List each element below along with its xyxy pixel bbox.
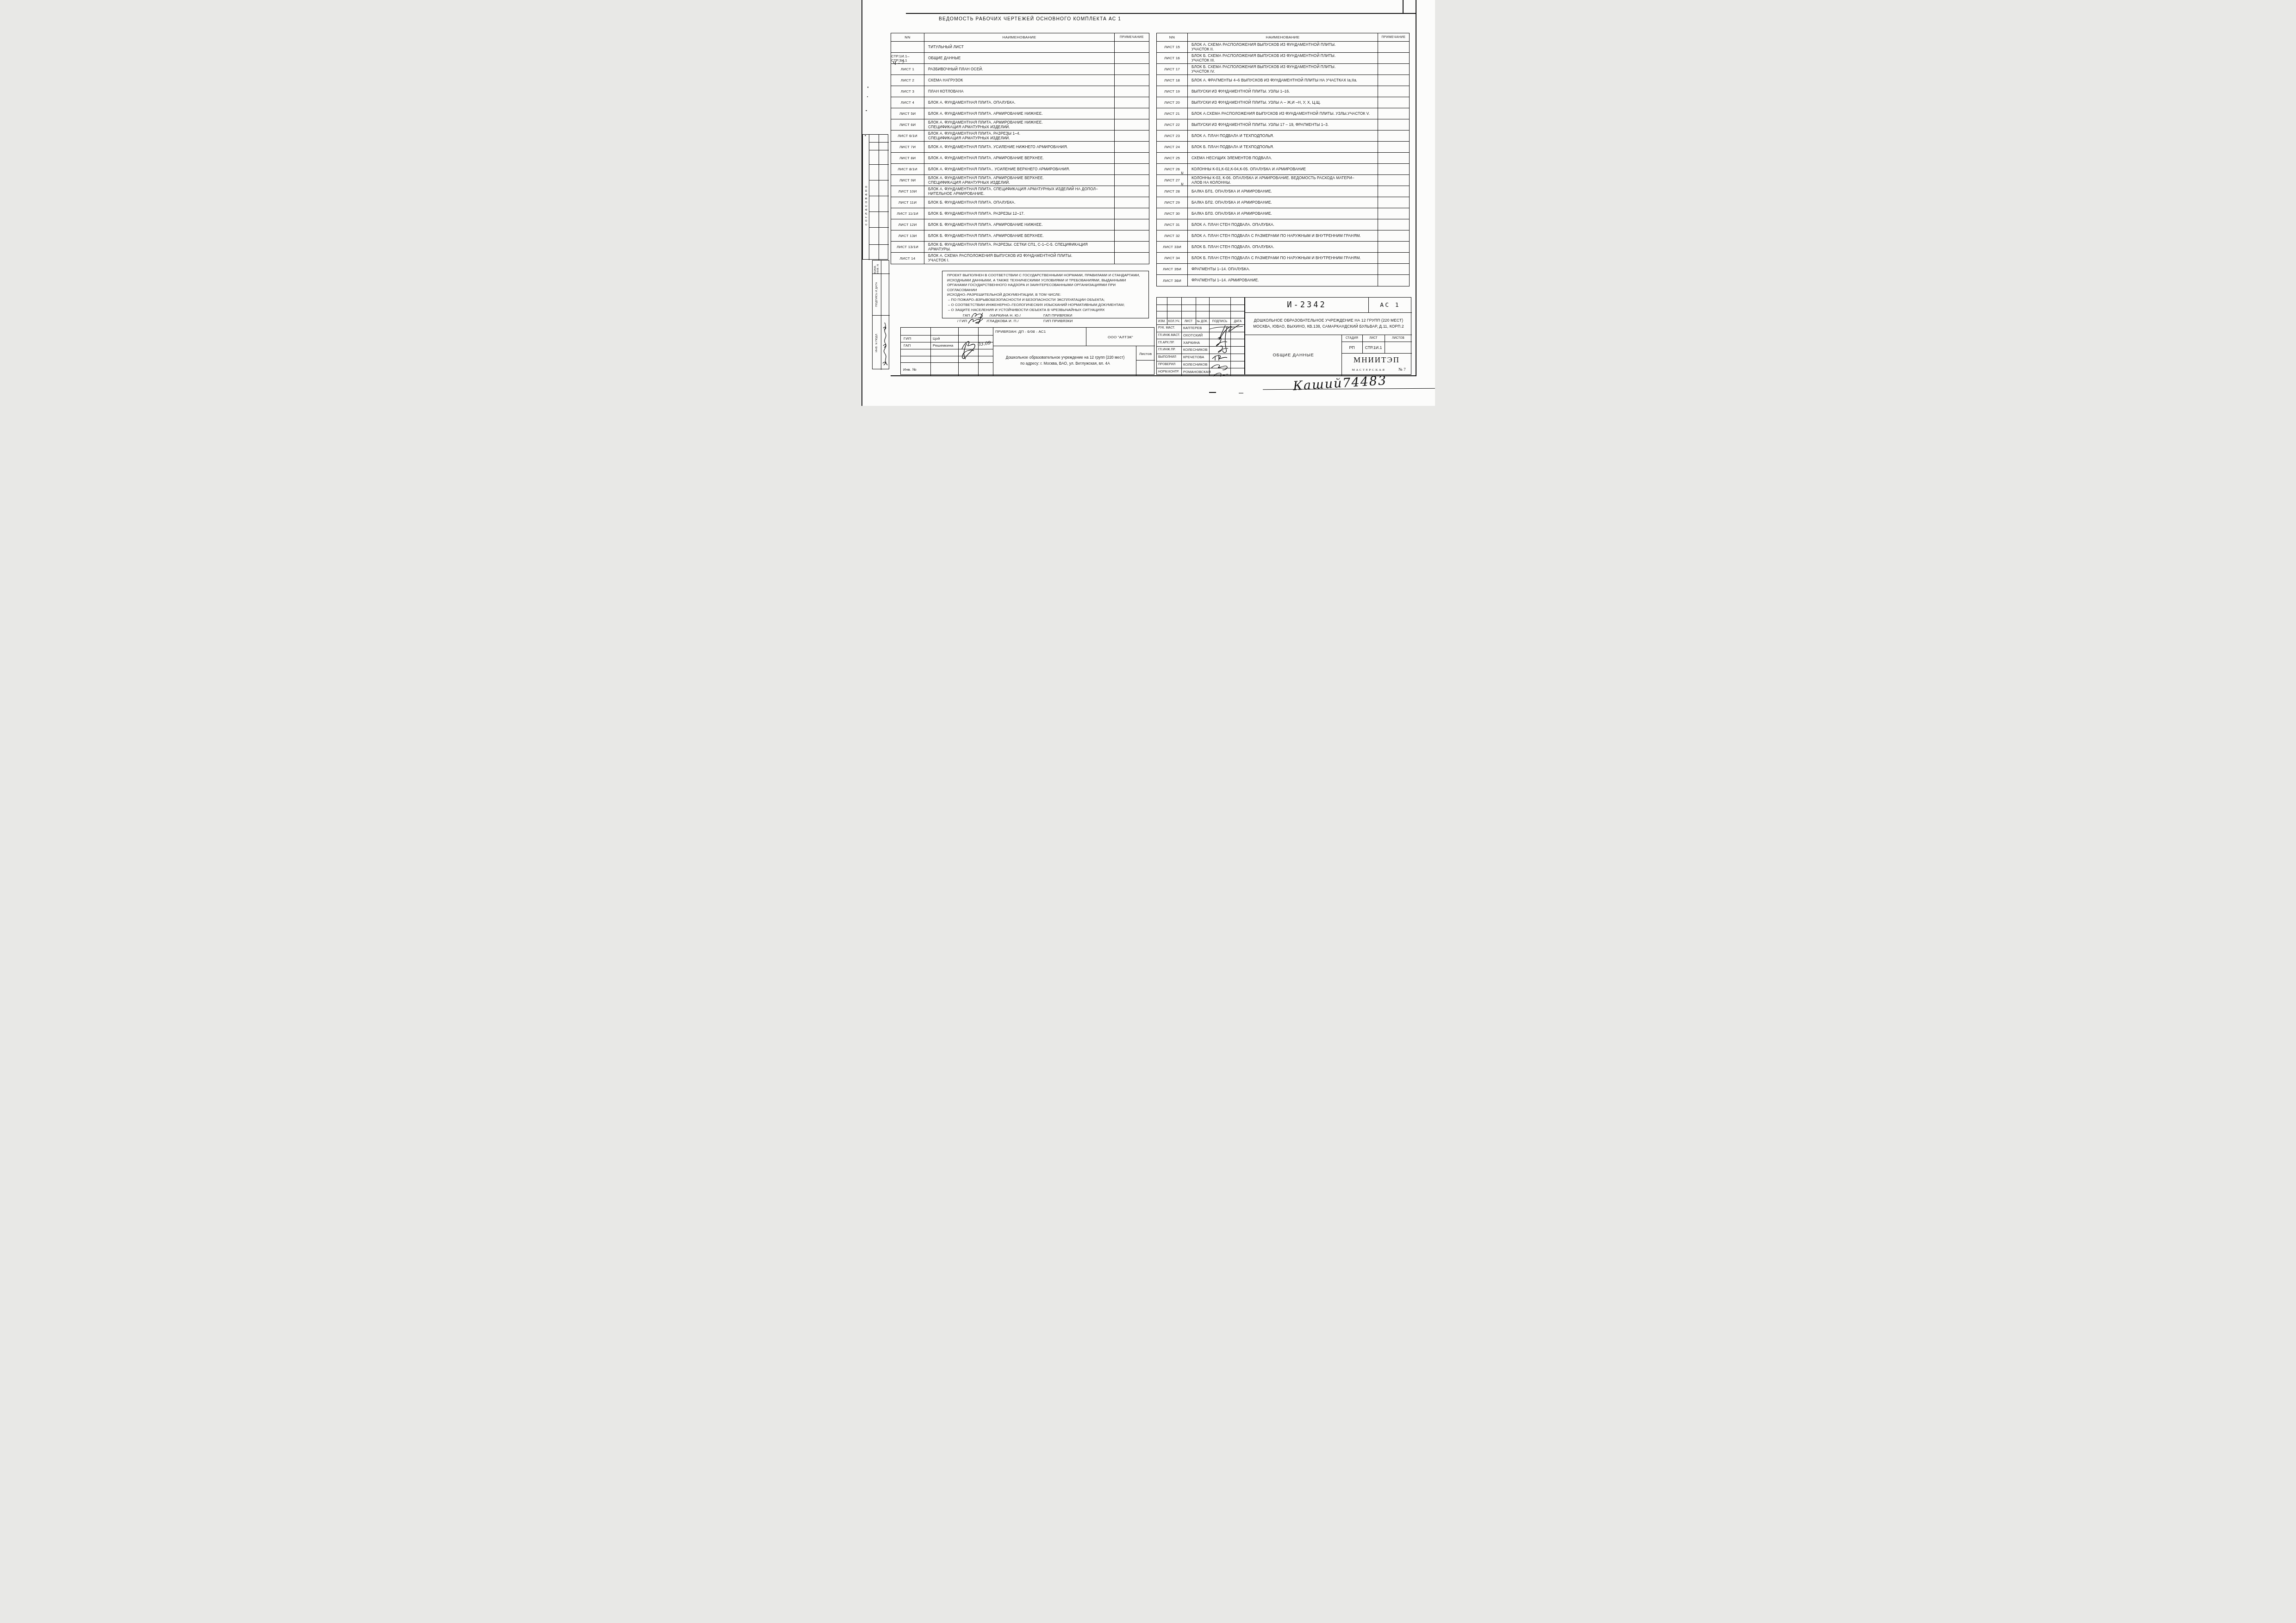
sheets-total-label: ЛИСТОВ bbox=[1385, 335, 1412, 342]
column-header-name: НАИМЕНОВАНИЕ bbox=[924, 33, 1115, 41]
drawing-title: ВЫПУСКИ ИЗ ФУНДАМЕНТНОЙ ПЛИТЫ. УЗЛЫ 17 –… bbox=[1188, 119, 1378, 130]
title-block-revision-section: ИЗМ. КОЛ.УЧ. ЛИСТ № ДОК. ПОДПИСЬ ДАТА РУ… bbox=[1156, 297, 1245, 375]
gip-name: Цой bbox=[930, 335, 958, 342]
column-header-note: ПРИМЕЧАНИЕ bbox=[1115, 33, 1149, 41]
note-cell bbox=[1378, 108, 1409, 119]
stage-label: СТАДИЯ bbox=[1341, 335, 1362, 342]
sheet-number: ЛИСТ 35И bbox=[1163, 267, 1181, 271]
drawing-title: ТИТУЛЬНЫЙ ЛИСТ bbox=[924, 42, 1115, 52]
title-block-main-section: И-2342 АС 1 ДОШКОЛЬНОЕ ОБРАЗОВАТЕЛЬНОЕ У… bbox=[1245, 297, 1411, 375]
drawing-title: БЛОК А. СХЕМА РАСПОЛОЖЕНИЯ ВЫПУСКОВ ИЗ Ф… bbox=[924, 253, 1115, 264]
vzam-inv-label: ВЗАМ. ИНВ. N bbox=[873, 261, 880, 274]
sheet-number-cell: ЛИСТ 11/1И bbox=[891, 208, 924, 219]
drawing-title: БЛОК А. ФУНДАМЕНТНАЯ ПЛИТА. СПЕЦИФИКАЦИЯ… bbox=[924, 186, 1115, 197]
drawing-title: СХЕМА НЕСУЩИХ ЭЛЕМЕНТОВ ПОДВАЛА. bbox=[1188, 153, 1378, 163]
frame-line-corner bbox=[1403, 0, 1404, 13]
handwritten-date: 03.09 bbox=[977, 341, 991, 348]
drawing-title: БЛОК А. ПЛАН СТЕН ПОДВАЛА. ОПАЛУБКА. bbox=[1188, 219, 1378, 230]
table-rows: ЛИСТ 15 БЛОК А. СХЕМА РАСПОЛОЖЕНИЯ ВЫПУС… bbox=[1157, 42, 1409, 286]
table-row: ЛИСТ 23 БЛОК А. ПЛАН ПОДВАЛА И ТЕХПОДПОЛ… bbox=[1157, 131, 1409, 142]
table-row: ЛИСТ 11И БЛОК Б. ФУНДАМЕНТНАЯ ПЛИТА. ОПА… bbox=[891, 197, 1149, 208]
table-row: ЛИСТ 9И БЛОК А. ФУНДАМЕНТНАЯ ПЛИТА. АРМИ… bbox=[891, 175, 1149, 186]
sheet-number: ЛИСТ 11/1И bbox=[897, 211, 918, 216]
sheet-number: ЛИСТ 36И bbox=[1163, 279, 1181, 283]
sheet-number-cell: ЛИСТ 24 bbox=[1157, 142, 1188, 152]
note-cell bbox=[1115, 164, 1149, 174]
rev-header-koluch: КОЛ.УЧ. bbox=[1167, 318, 1181, 324]
table-rows: ТИТУЛЬНЫЙ ЛИСТ СТР.1И.1–СТР.3И.1 ОБЩИЕ Д… bbox=[891, 42, 1149, 264]
note-cell bbox=[1115, 108, 1149, 119]
column-header-note: ПРИМЕЧАНИЕ bbox=[1378, 33, 1409, 41]
table-row: ЛИСТ 2 СХЕМА НАГРУЗОК bbox=[891, 75, 1149, 86]
sheet-number-cell: ЛИСТ 8И bbox=[891, 153, 924, 163]
table-row: ЛИСТ 20 ВЫПУСКИ ИЗ ФУНДАМЕНТНОЙ ПЛИТЫ. У… bbox=[1157, 97, 1409, 108]
table-row: ЛИСТ 31 БЛОК А. ПЛАН СТЕН ПОДВАЛА. ОПАЛУ… bbox=[1157, 219, 1409, 230]
sheet-number: ЛИСТ 7И bbox=[899, 145, 916, 149]
note-cell bbox=[1115, 131, 1149, 141]
table-row: ЛИСТ 36И ФРАГМЕНТЫ 1–14. АРМИРОВАНИЕ. bbox=[1157, 275, 1409, 286]
staff-name: КОЛЕСНИКОВ bbox=[1181, 346, 1209, 354]
archive-stamp-strip: ВЗАМ. ИНВ. N ПОДПИСЬ И ДАТА ИНВ. N ПОДЛ. bbox=[872, 260, 889, 369]
staff-name: РОМАНОВСКАЯ bbox=[1181, 368, 1209, 375]
frame-line-right-outer bbox=[1416, 0, 1416, 376]
sheet-number-cell: ЛИСТ 17 bbox=[1157, 64, 1188, 75]
note-cell bbox=[1378, 53, 1409, 63]
sheet-number-cell: ЛИСТ 28 bbox=[1157, 186, 1188, 197]
table-row: ЛИСТ 32 БЛОК А. ПЛАН СТЕН ПОДВАЛА С РАЗМ… bbox=[1157, 230, 1409, 242]
sheet-number: ЛИСТ 8/1И bbox=[898, 167, 917, 171]
table-row: ЛИСТ 19 ВЫПУСКИ ИЗ ФУНДАМЕНТНОЙ ПЛИТЫ. У… bbox=[1157, 86, 1409, 97]
table-row: ЛИСТ 7И БЛОК А. ФУНДАМЕНТНАЯ ПЛИТА. УСИЛ… bbox=[891, 142, 1149, 153]
drawing-title: ПЛАН КОТЛОВАНА bbox=[924, 86, 1115, 97]
table-row: ЛИСТ 26 и КОЛОННЫ К-01,К-02,К-04,К-05. О… bbox=[1157, 164, 1409, 175]
drawing-title: БАЛКА БП1. ОПАЛУБКА И АРМИРОВАНИЕ. bbox=[1188, 186, 1378, 197]
sheet-number: ЛИСТ 14 bbox=[900, 256, 916, 261]
sheet-number: ЛИСТ 17 bbox=[1164, 67, 1180, 71]
drawing-title: РАЗБИВОЧНЫЙ ПЛАН ОСЕЙ. bbox=[924, 64, 1115, 75]
note-cell bbox=[1115, 186, 1149, 197]
drawing-title: КОЛОННЫ К-01,К-02,К-04,К-05. ОПАЛУБКА И … bbox=[1188, 164, 1378, 174]
sheet-number: ЛИСТ 26 bbox=[1164, 167, 1180, 171]
table-row: ЛИСТ 29 БАЛКА БП2. ОПАЛУБКА И АРМИРОВАНИ… bbox=[1157, 197, 1409, 208]
table-row: ЛИСТ 14 БЛОК А. СХЕМА РАСПОЛОЖЕНИЯ ВЫПУС… bbox=[891, 253, 1149, 264]
table-row: ЛИСТ 17 БЛОК Б. СХЕМА РАСПОЛОЖЕНИЯ ВЫПУС… bbox=[1157, 64, 1409, 75]
table-row: ЛИСТ 8И БЛОК А. ФУНДАМЕНТНАЯ ПЛИТА. АРМИ… bbox=[891, 153, 1149, 164]
note-cell bbox=[1115, 75, 1149, 86]
sheet-number: ЛИСТ 18 bbox=[1164, 78, 1180, 82]
pencil-dash bbox=[1239, 393, 1243, 393]
note-cell bbox=[1378, 142, 1409, 152]
table-row: ЛИСТ 11/1И БЛОК Б. ФУНДАМЕНТНАЯ ПЛИТА. Р… bbox=[891, 208, 1149, 219]
drawing-title: БЛОК Б. ФУНДАМЕНТНАЯ ПЛИТА. РАЗРЕЗЫ 12–1… bbox=[924, 208, 1115, 219]
sheet-number: ЛИСТ 24 bbox=[1164, 145, 1180, 149]
sheet-label: ЛИСТ bbox=[1362, 335, 1385, 342]
sheet-number-cell: ЛИСТ 27 и bbox=[1157, 175, 1188, 186]
page-title: ВЕДОМОСТЬ РАБОЧИХ ЧЕРТЕЖЕЙ ОСНОВНОГО КОМ… bbox=[939, 17, 1121, 22]
drawing-title: БЛОК Б. ПЛАН СТЕН ПОДВАЛА С РАЗМЕРАМИ ПО… bbox=[1188, 253, 1378, 263]
organization-name: МНИИТЭП bbox=[1341, 354, 1412, 366]
staff-role: ГЛ.ИНЖ.ПР. bbox=[1157, 346, 1181, 354]
sheet-number: ЛИСТ 33И bbox=[1163, 245, 1181, 249]
sheet-number: ЛИСТ 32 bbox=[1164, 234, 1180, 238]
sheet-number-cell: ЛИСТ 8/1И bbox=[891, 164, 924, 174]
table-row: ТИТУЛЬНЫЙ ЛИСТ bbox=[891, 42, 1149, 53]
drawing-title: ФРАГМЕНТЫ 1–14. АРМИРОВАНИЕ. bbox=[1188, 275, 1378, 286]
table-row: Ч – 2 ЛИСТ 1 РАЗБИВОЧНЫЙ ПЛАН ОСЕЙ. bbox=[891, 64, 1149, 75]
ink-speck bbox=[866, 110, 867, 111]
sheet-number-cell: ЛИСТ 18 bbox=[1157, 75, 1188, 86]
sheet-number-cell: ЛИСТ 34 bbox=[1157, 253, 1188, 263]
sheets-total-value bbox=[1385, 342, 1412, 353]
notes-paragraph: ПРОЕКТ ВЫПОЛНЕН В СООТВЕТСТВИИ С ГОСУДАР… bbox=[947, 273, 1145, 298]
document-number: И-2342 bbox=[1245, 298, 1368, 312]
note-cell bbox=[1378, 253, 1409, 263]
drawing-title: БЛОК Б. ФУНДАМЕНТНАЯ ПЛИТА. РАЗРЕЗЫ. СЕТ… bbox=[924, 242, 1115, 252]
inv-podl-label: ИНВ. N ПОДЛ. bbox=[873, 315, 880, 370]
drawing-title: СХЕМА НАГРУЗОК bbox=[924, 75, 1115, 86]
sheet-number-cell: ЛИСТ 9И bbox=[891, 175, 924, 186]
gip-label: ГИП bbox=[901, 335, 930, 342]
rev-header-izm: ИЗМ. bbox=[1157, 318, 1167, 324]
soglasovano-label: с о г л а с о в а н о bbox=[863, 153, 869, 257]
drawing-title: ВЫПУСКИ ИЗ ФУНДАМЕНТНОЙ ПЛИТЫ. УЗЛЫ А – … bbox=[1188, 97, 1378, 108]
drawing-title: БЛОК А. СХЕМА РАСПОЛОЖЕНИЯ ВЫПУСКОВ ИЗ Ф… bbox=[1188, 42, 1378, 52]
note-cell bbox=[1115, 242, 1149, 252]
drawing-title: БЛОК Б. ПЛАН СТЕН ПОДВАЛА. ОПАЛУБКА. bbox=[1188, 242, 1378, 252]
signature-scrawl bbox=[1209, 352, 1236, 378]
note-cell bbox=[1115, 53, 1149, 63]
attach-title-block: ГИП Цой ГАП Решемкина Инв. № ПРИВЯЗАН: Д… bbox=[900, 327, 1154, 375]
drawing-title: БАЛКА БП2. ОПАЛУБКА И АРМИРОВАНИЕ. bbox=[1188, 197, 1378, 208]
sheet-number: ЛИСТ 6/1И bbox=[898, 134, 917, 138]
sheet-number: ЛИСТ 10И bbox=[898, 189, 917, 193]
sheet-number-cell: ЛИСТ 6/1И bbox=[891, 131, 924, 141]
sheet-number-cell: ЛИСТ 33И bbox=[1157, 242, 1188, 252]
staff-name: ОХОТСКИЙ bbox=[1181, 332, 1209, 339]
table-row: ЛИСТ 6И БЛОК А. ФУНДАМЕНТНАЯ ПЛИТА. АРМИ… bbox=[891, 119, 1149, 131]
role-note: ГАП ПРИВЯЗКИ bbox=[1043, 313, 1072, 317]
note-cell bbox=[1378, 242, 1409, 252]
table-row: ЛИСТ 6/1И БЛОК А. ФУНДАМЕНТНАЯ ПЛИТА. РА… bbox=[891, 131, 1149, 142]
rev-header-list: ЛИСТ bbox=[1181, 318, 1196, 324]
sheet-number-cell: ЛИСТ 13/1И bbox=[891, 242, 924, 252]
sheet-number-cell: ЛИСТ 16 bbox=[1157, 53, 1188, 63]
drawing-sheet: ВЕДОМОСТЬ РАБОЧИХ ЧЕРТЕЖЕЙ ОСНОВНОГО КОМ… bbox=[861, 0, 1435, 406]
sheet-number-cell: ЛИСТ 20 bbox=[1157, 97, 1188, 108]
ink-speck bbox=[867, 87, 868, 88]
note-cell bbox=[1115, 86, 1149, 97]
sheet-number: ЛИСТ 13И bbox=[898, 234, 917, 238]
sheet-number: ЛИСТ 4 bbox=[901, 100, 914, 105]
drawing-title: БЛОК Б. ФУНДАМЕНТНАЯ ПЛИТА. АРМИРОВАНИЕ … bbox=[924, 219, 1115, 230]
note-cell bbox=[1115, 97, 1149, 108]
drawing-title: БЛОК Б. ПЛАН ПОДВАЛА И ТЕХПОДПОЛЬЯ. bbox=[1188, 142, 1378, 152]
inventory-label: Инв. № bbox=[901, 365, 930, 374]
drawing-title: БЛОК А. ФУНДАМЕНТНАЯ ПЛИТА. РАЗРЕЗЫ 1–4.… bbox=[924, 131, 1115, 141]
table-row: ЛИСТ 21 БЛОК А.СХЕМА РАСПОЛОЖЕНИЯ ВЫПУСК… bbox=[1157, 108, 1409, 119]
table-row: ЛИСТ 13И БЛОК Б. ФУНДАМЕНТНАЯ ПЛИТА. АРМ… bbox=[891, 230, 1149, 242]
company-name: ООО "АЛТЭК" bbox=[1086, 331, 1155, 342]
note-cell bbox=[1115, 42, 1149, 52]
sheet-number-cell: ЛИСТ 32 bbox=[1157, 230, 1188, 241]
staff-role: ВЫПОЛНИЛ bbox=[1157, 354, 1181, 361]
table-row: СТР.1И.1–СТР.3И.1 ОБЩИЕ ДАННЫЕ bbox=[891, 53, 1149, 64]
staff-role: РУК. МАСТ. bbox=[1157, 324, 1181, 332]
notes-signature-row: / ГИП /ГЛАДКОВА И. П./ ГИП ПРИВЯЗКИ bbox=[947, 318, 1145, 323]
role-note: ГИП ПРИВЯЗКИ bbox=[1043, 319, 1073, 323]
table-row: ЛИСТ 24 БЛОК Б. ПЛАН ПОДВАЛА И ТЕХПОДПОЛ… bbox=[1157, 142, 1409, 153]
notes-bullet: – ПО ПОЖАРО–ВЗРЫВОБЕЗОПАСНОСТИ И БЕЗОПАС… bbox=[947, 298, 1145, 303]
sheets-count-label: Листов bbox=[1136, 348, 1155, 359]
note-cell bbox=[1378, 186, 1409, 197]
staff-role: ГЛ.ИНЖ.МАСТ. bbox=[1157, 332, 1181, 339]
table-row: ЛИСТ 16 БЛОК Б. СХЕМА РАСПОЛОЖЕНИЯ ВЫПУС… bbox=[1157, 53, 1409, 64]
sheet-number: ЛИСТ 15 bbox=[1164, 45, 1180, 49]
table-row: ЛИСТ 3 ПЛАН КОТЛОВАНА bbox=[891, 86, 1149, 97]
column-header-nn: NN bbox=[891, 33, 924, 41]
table-row: ЛИСТ 18 БЛОК А. ФРАГМЕНТЫ 4–6 ВЫПУСКОВ И… bbox=[1157, 75, 1409, 86]
table-row: ЛИСТ 22 ВЫПУСКИ ИЗ ФУНДАМЕНТНОЙ ПЛИТЫ. У… bbox=[1157, 119, 1409, 131]
table-header: NN НАИМЕНОВАНИЕ ПРИМЕЧАНИЕ bbox=[891, 33, 1149, 42]
role-label: / ГИП bbox=[957, 319, 967, 323]
sheet-number-cell: ЛИСТ 26 и bbox=[1157, 164, 1188, 174]
sheet-number: ЛИСТ 5И bbox=[899, 112, 916, 116]
drawing-title: БЛОК А. ФУНДАМЕНТНАЯ ПЛИТА. АРМИРОВАНИЕ … bbox=[924, 119, 1115, 130]
drawing-title: БЛОК А. ФРАГМЕНТЫ 4–6 ВЫПУСКОВ ИЗ ФУНДАМ… bbox=[1188, 75, 1378, 86]
table-row: ЛИСТ 15 БЛОК А. СХЕМА РАСПОЛОЖЕНИЯ ВЫПУС… bbox=[1157, 42, 1409, 53]
note-cell bbox=[1378, 75, 1409, 86]
table-row: ЛИСТ 8/1И БЛОК А. ФУНДАМЕНТНАЯ ПЛИТА.. У… bbox=[891, 164, 1149, 175]
table-row: ЛИСТ 25 СХЕМА НЕСУЩИХ ЭЛЕМЕНТОВ ПОДВАЛА. bbox=[1157, 153, 1409, 164]
sheet-number-cell: ЛИСТ 14 bbox=[891, 253, 924, 264]
notes-bullet: – О СООТВЕТСТВИИ ИНЖЕНЕРНО–ГЕОЛОГИЧЕСКИХ… bbox=[947, 303, 1145, 308]
note-cell bbox=[1378, 64, 1409, 75]
column-header-nn: NN bbox=[1157, 33, 1188, 41]
sheet-number: ЛИСТ 1 bbox=[901, 67, 914, 71]
ink-speck bbox=[867, 96, 868, 97]
note-cell bbox=[1378, 230, 1409, 241]
sheet-number-cell: ЛИСТ 19 bbox=[1157, 86, 1188, 97]
staff-role: НОРМ.КОНТР. bbox=[1157, 368, 1181, 375]
sheet-number-cell: ЛИСТ 11И bbox=[891, 197, 924, 208]
note-cell bbox=[1378, 164, 1409, 174]
approval-stamp-grid: с о г л а с о в а н о bbox=[862, 134, 888, 260]
note-cell bbox=[1115, 153, 1149, 163]
sheet-number: ЛИСТ 11И bbox=[898, 200, 917, 205]
handwritten-mark: Ч – 2 bbox=[892, 60, 905, 67]
sheet-number: ЛИСТ 8И bbox=[899, 156, 916, 160]
drawing-title: БЛОК А. ФУНДАМЕНТНАЯ ПЛИТА. УСИЛЕНИЕ НИЖ… bbox=[924, 142, 1115, 152]
note-cell bbox=[1378, 219, 1409, 230]
note-cell bbox=[1115, 64, 1149, 75]
sheet-number: ЛИСТ 34 bbox=[1164, 256, 1180, 260]
sheet-number-cell: ЛИСТ 10И bbox=[891, 186, 924, 197]
table-row: ЛИСТ 10И БЛОК А. ФУНДАМЕНТНАЯ ПЛИТА. СПЕ… bbox=[891, 186, 1149, 197]
sheet-number: ЛИСТ 2 bbox=[901, 78, 914, 82]
table-row: ЛИСТ 35И ФРАГМЕНТЫ 1–14. ОПАЛУБКА. bbox=[1157, 264, 1409, 275]
drawing-register-table-left: NN НАИМЕНОВАНИЕ ПРИМЕЧАНИЕ ТИТУЛЬНЫЙ ЛИС… bbox=[891, 33, 1149, 264]
binding-reference: ПРИВЯЗАН: ДП - 6/08 - АС1 bbox=[995, 329, 1086, 335]
drawing-set-code: АС 1 bbox=[1368, 298, 1412, 312]
drawing-title: БЛОК А. ПЛАН СТЕН ПОДВАЛА С РАЗМЕРАМИ ПО… bbox=[1188, 230, 1378, 241]
sheet-number: ЛИСТ 6И bbox=[899, 123, 916, 127]
frame-line-top bbox=[906, 13, 1416, 14]
note-cell bbox=[1115, 230, 1149, 241]
drawing-register-table-right: NN НАИМЕНОВАНИЕ ПРИМЕЧАНИЕ ЛИСТ 15 БЛОК … bbox=[1156, 33, 1410, 286]
sheet-number: ЛИСТ 29 bbox=[1164, 200, 1180, 205]
staff-name: КАПТЕРЕВ bbox=[1181, 324, 1209, 332]
sheet-number-cell: ЛИСТ 22 bbox=[1157, 119, 1188, 130]
table-row: ЛИСТ 12И БЛОК Б. ФУНДАМЕНТНАЯ ПЛИТА. АРМ… bbox=[891, 219, 1149, 230]
column-header-name: НАИМЕНОВАНИЕ bbox=[1188, 33, 1378, 41]
sheet-number-cell: ЛИСТ 5И bbox=[891, 108, 924, 119]
sheet-value: СТР.1И.1 bbox=[1362, 342, 1385, 353]
sheet-number-cell: ЛИСТ 29 bbox=[1157, 197, 1188, 208]
sheet-number: ЛИСТ 25 bbox=[1164, 156, 1180, 160]
sheet-number-cell: ЛИСТ 35И bbox=[1157, 264, 1188, 274]
sheet-number-cell: ЛИСТ 6И bbox=[891, 119, 924, 130]
drawing-title: БЛОК А. ФУНДАМЕНТНАЯ ПЛИТА.. УСИЛЕНИЕ ВЕ… bbox=[924, 164, 1115, 174]
note-cell bbox=[1378, 264, 1409, 274]
note-cell bbox=[1378, 42, 1409, 52]
note-cell bbox=[1378, 197, 1409, 208]
signature-squiggle bbox=[967, 317, 986, 324]
role-label: ГАП bbox=[963, 313, 970, 317]
note-cell bbox=[1378, 208, 1409, 219]
sheet-number: ЛИСТ 21 bbox=[1164, 112, 1180, 116]
sheet-number: ЛИСТ 20 bbox=[1164, 100, 1180, 105]
project-description: ДОШКОЛЬНОЕ ОБРАЗОВАТЕЛЬНОЕ УЧРЕЖДЕНИЕ НА… bbox=[1247, 312, 1410, 335]
drawing-title: БЛОК А. ФУНДАМЕНТНАЯ ПЛИТА. АРМИРОВАНИЕ … bbox=[924, 153, 1115, 163]
staff-role: ПРОВЕРИЛ bbox=[1157, 361, 1181, 368]
staff-name: ХАРКИНА bbox=[1181, 339, 1209, 346]
drawing-title: БЛОК А.СХЕМА РАСПОЛОЖЕНИЯ ВЫПУСКОВ ИЗ ФУ… bbox=[1188, 108, 1378, 119]
drawing-title: БЛОК А. ФУНДАМЕНТНАЯ ПЛИТА. ОПАЛУБКА. bbox=[924, 97, 1115, 108]
drawing-title: БЛОК Б. СХЕМА РАСПОЛОЖЕНИЯ ВЫПУСКОВ ИЗ Ф… bbox=[1188, 64, 1378, 75]
note-cell bbox=[1115, 142, 1149, 152]
table-row: ЛИСТ 33И БЛОК Б. ПЛАН СТЕН ПОДВАЛА. ОПАЛ… bbox=[1157, 242, 1409, 253]
sheet-number: ЛИСТ 23 bbox=[1164, 134, 1180, 138]
podpis-data-label: ПОДПИСЬ И ДАТА bbox=[873, 274, 880, 315]
workshop-label: МАСТЕРСКАЯ bbox=[1341, 366, 1396, 373]
staff-name: КОЛЕСНИКОВ bbox=[1181, 361, 1209, 368]
drawing-title: ОБЩИЕ ДАННЫЕ bbox=[924, 53, 1115, 63]
drawing-title: БЛОК Б. СХЕМА РАСПОЛОЖЕНИЯ ВЫПУСКОВ ИЗ Ф… bbox=[1188, 53, 1378, 63]
sheet-number-cell: Ч – 2 ЛИСТ 1 bbox=[891, 64, 924, 75]
sheet-number-cell: ЛИСТ 36И bbox=[1157, 275, 1188, 286]
note-cell bbox=[1378, 119, 1409, 130]
drawing-title: БАЛКА БП3. ОПАЛУБКА И АРМИРОВАНИЕ. bbox=[1188, 208, 1378, 219]
note-cell bbox=[1378, 86, 1409, 97]
drawing-title: КОЛОННЫ К-03, К-06. ОПАЛУБКА И АРМИРОВАН… bbox=[1188, 175, 1378, 186]
gap-name: Решемкина bbox=[930, 342, 958, 349]
note-cell bbox=[1378, 275, 1409, 286]
sheet-number: ЛИСТ 19 bbox=[1164, 89, 1180, 93]
compliance-notes-box: ПРОЕКТ ВЫПОЛНЕН В СООТВЕТСТВИИ С ГОСУДАР… bbox=[942, 271, 1149, 318]
stage-value: РП bbox=[1341, 342, 1362, 353]
note-cell bbox=[1115, 119, 1149, 130]
sheet-number: ЛИСТ 27 bbox=[1164, 178, 1180, 182]
table-row: ЛИСТ 4 БЛОК А. ФУНДАМЕНТНАЯ ПЛИТА. ОПАЛУ… bbox=[891, 97, 1149, 108]
note-cell bbox=[1378, 97, 1409, 108]
note-cell bbox=[1378, 153, 1409, 163]
staff-role: ГЛ.АРХ.ПР. bbox=[1157, 339, 1181, 346]
sheet-number: ЛИСТ 12И bbox=[898, 223, 917, 227]
sheet-number: ЛИСТ 22 bbox=[1164, 123, 1180, 127]
workshop-number: № 7 bbox=[1392, 365, 1412, 373]
drawing-title: БЛОК А. ПЛАН ПОДВАЛА И ТЕХПОДПОЛЬЯ. bbox=[1188, 131, 1378, 141]
sheet-number: ЛИСТ 28 bbox=[1164, 189, 1180, 193]
staff-name: КРЕЧЕТОВА bbox=[1181, 354, 1209, 361]
pencil-dash bbox=[1209, 392, 1216, 393]
table-row: ЛИСТ 13/1И БЛОК Б. ФУНДАМЕНТНАЯ ПЛИТА. Р… bbox=[891, 242, 1149, 253]
project-address: Дошкольное образовательное учреждение на… bbox=[996, 347, 1135, 374]
note-cell bbox=[1115, 197, 1149, 208]
note-cell bbox=[1378, 175, 1409, 186]
gap-signature bbox=[957, 337, 980, 361]
note-cell bbox=[1115, 253, 1149, 264]
sheet-number-cell: ЛИСТ 15 bbox=[1157, 42, 1188, 52]
drawing-title: БЛОК Б. ФУНДАМЕНТНАЯ ПЛИТА. ОПАЛУБКА. bbox=[924, 197, 1115, 208]
drawing-title: ФРАГМЕНТЫ 1–14. ОПАЛУБКА. bbox=[1188, 264, 1378, 274]
archive-handwriting: Каший74483 bbox=[1292, 373, 1387, 393]
note-cell bbox=[1115, 219, 1149, 230]
sheet-number: ЛИСТ 30 bbox=[1164, 211, 1180, 216]
approver-name: /ГЛАДКОВА И. П./ bbox=[986, 319, 1018, 323]
sheet-number-cell: ЛИСТ 21 bbox=[1157, 108, 1188, 119]
sheet-number-cell: ЛИСТ 13И bbox=[891, 230, 924, 241]
sheet-number-cell: ЛИСТ 25 bbox=[1157, 153, 1188, 163]
table-row: ЛИСТ 34 БЛОК Б. ПЛАН СТЕН ПОДВАЛА С РАЗМ… bbox=[1157, 253, 1409, 264]
note-cell bbox=[1378, 131, 1409, 141]
drawing-title: БЛОК А. ФУНДАМЕНТНАЯ ПЛИТА. АРМИРОВАНИЕ … bbox=[924, 108, 1115, 119]
signature-scrawl bbox=[1207, 322, 1246, 355]
sheet-number-cell: ЛИСТ 23 bbox=[1157, 131, 1188, 141]
sheet-number-cell: ЛИСТ 4 bbox=[891, 97, 924, 108]
table-row: ЛИСТ 28 БАЛКА БП1. ОПАЛУБКА И АРМИРОВАНИ… bbox=[1157, 186, 1409, 197]
sheet-number: ЛИСТ 31 bbox=[1164, 223, 1180, 227]
sheet-number-cell: ЛИСТ 3 bbox=[891, 86, 924, 97]
sheet-content-title: ОБЩИЕ ДАННЫЕ bbox=[1245, 335, 1341, 375]
sheet-number: ЛИСТ 13/1И bbox=[897, 245, 918, 249]
table-header: NN НАИМЕНОВАНИЕ ПРИМЕЧАНИЕ bbox=[1157, 33, 1409, 42]
sheet-number-cell: ЛИСТ 2 bbox=[891, 75, 924, 86]
sheet-number-cell: ЛИСТ 31 bbox=[1157, 219, 1188, 230]
sheet-number-cell bbox=[891, 42, 924, 52]
drawing-title: БЛОК Б. ФУНДАМЕНТНАЯ ПЛИТА. АРМИРОВАНИЕ … bbox=[924, 230, 1115, 241]
table-row: ЛИСТ 27 и КОЛОННЫ К-03, К-06. ОПАЛУБКА И… bbox=[1157, 175, 1409, 186]
drawing-title: ВЫПУСКИ ИЗ ФУНДАМЕНТНОЙ ПЛИТЫ. УЗЛЫ 1–16… bbox=[1188, 86, 1378, 97]
sheet-number-cell: ЛИСТ 7И bbox=[891, 142, 924, 152]
approver-name: /ХАРКИНА Н. Ю./ bbox=[989, 313, 1021, 317]
note-cell bbox=[1115, 208, 1149, 219]
note-cell bbox=[1115, 175, 1149, 186]
inventory-number-handwriting bbox=[881, 319, 890, 368]
sheet-number: ЛИСТ 9И bbox=[899, 178, 916, 182]
sheet-number: ЛИСТ 3 bbox=[901, 89, 914, 93]
sheet-number: ЛИСТ 16 bbox=[1164, 56, 1180, 60]
sheet-number-cell: ЛИСТ 12И bbox=[891, 219, 924, 230]
table-row: ЛИСТ 30 БАЛКА БП3. ОПАЛУБКА И АРМИРОВАНИ… bbox=[1157, 208, 1409, 219]
table-row: ЛИСТ 5И БЛОК А. ФУНДАМЕНТНАЯ ПЛИТА. АРМИ… bbox=[891, 108, 1149, 119]
sheet-number-cell: ЛИСТ 30 bbox=[1157, 208, 1188, 219]
drawing-title: БЛОК А. ФУНДАМЕНТНАЯ ПЛИТА. АРМИРОВАНИЕ … bbox=[924, 175, 1115, 186]
gap-label: ГАП bbox=[901, 342, 930, 349]
